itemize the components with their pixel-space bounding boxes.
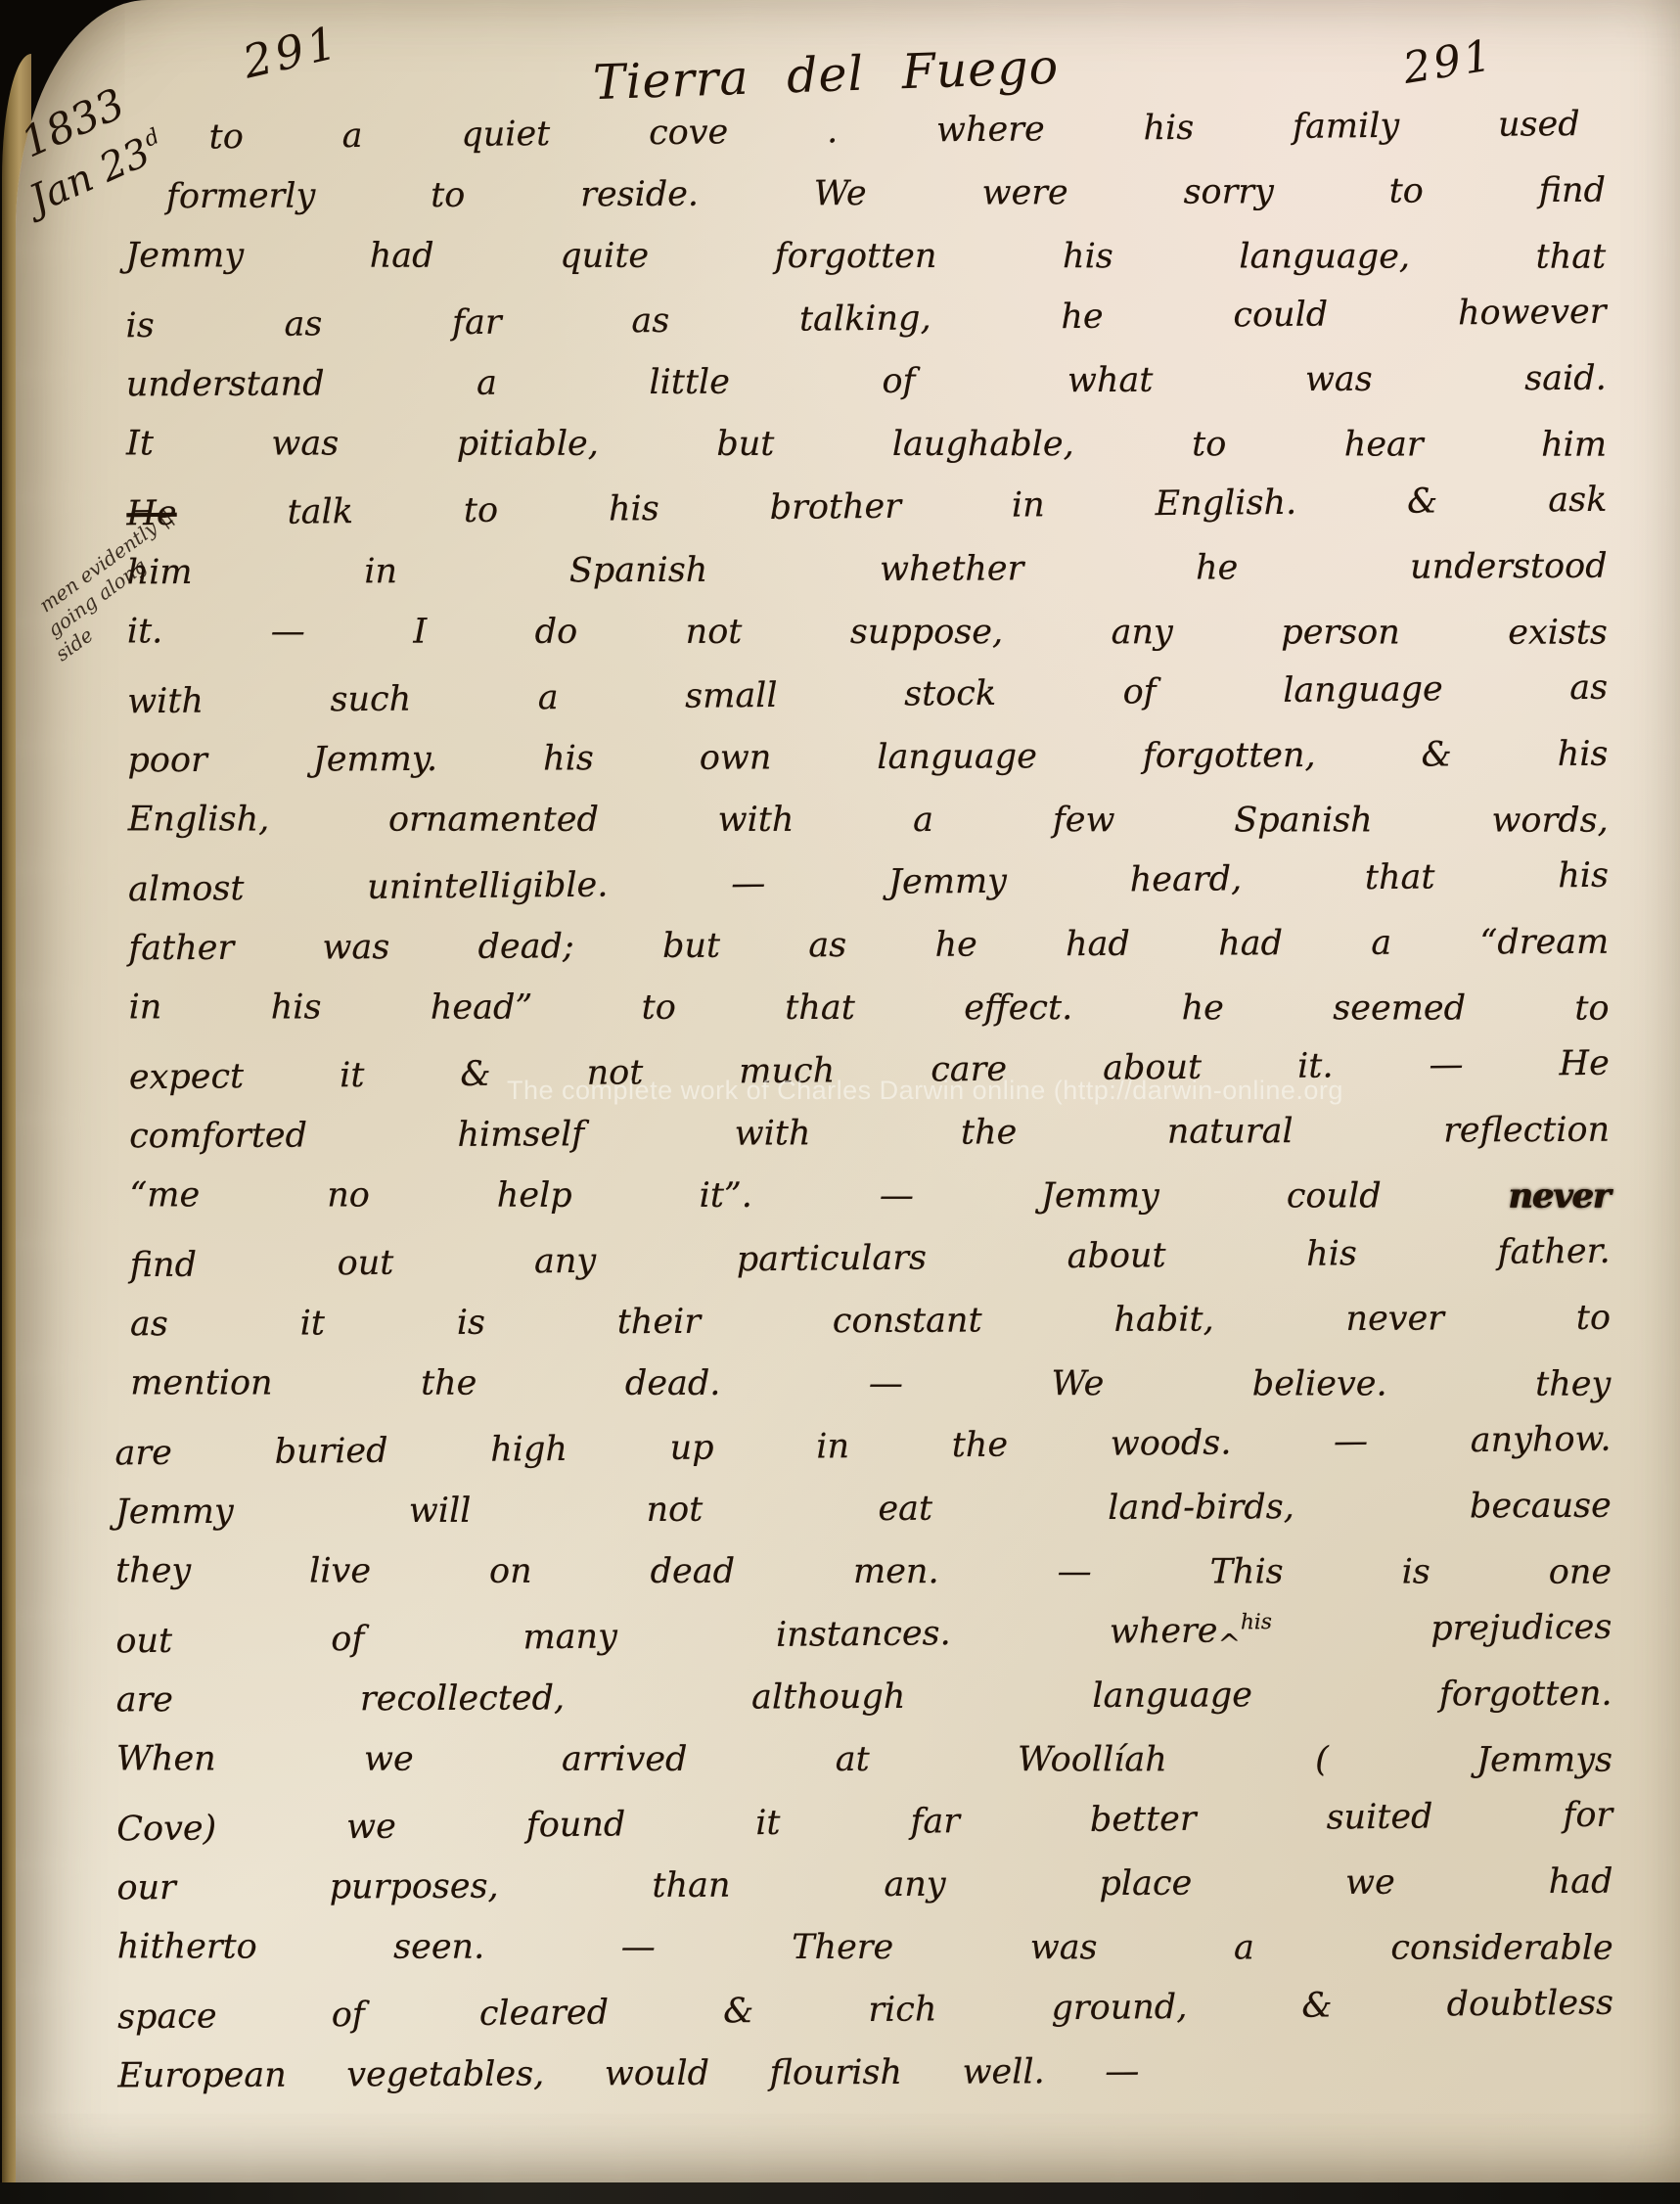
manuscript-line: Cove) we found it far better suited for [116, 1784, 1613, 1861]
manuscript-line: find out any particulars about his fathe… [129, 1220, 1611, 1298]
manuscript-page: 291 Tierra del Fuego 291 1833 Jan 23d me… [16, 0, 1680, 2182]
struck-word: He [126, 494, 177, 533]
manuscript-line: father was dead; but as he had had a “dr… [128, 911, 1609, 981]
caret-mark: ^ [1217, 1628, 1241, 1660]
manuscript-line: is as far as talking, he could however [125, 281, 1607, 358]
manuscript-line: they live on dead men. — This is one [115, 1539, 1612, 1603]
photo-bottom-edge [0, 2182, 1680, 2204]
manuscript-line: English, ornamented with a few Spanish w… [128, 788, 1609, 851]
manuscript-line: are recollected, although language forgo… [116, 1663, 1612, 1732]
manuscript-line: to a quiet cove . where his family used [124, 93, 1606, 170]
manuscript-line: him in Spanish whether he understood [126, 535, 1607, 605]
manuscript-line-text: prejudices [1430, 1608, 1612, 1649]
manuscript-line-text: out of many instances. where [115, 1612, 1217, 1662]
manuscript-line: hitherto seen. — There was a considerabl… [117, 1915, 1613, 1979]
manuscript-line-with-insertion: out of many instances. where^his prejudi… [115, 1596, 1612, 1674]
page-number-right: 291 [1400, 30, 1498, 94]
manuscript-line: almost unintelligible. — Jemmy heard, th… [128, 845, 1610, 922]
inserted-word: his [1241, 1610, 1272, 1634]
manuscript-line: mention the dead. — We believe. they [130, 1352, 1611, 1415]
manuscript-line-with-strikeout: He talk to his brother in English. & ask [126, 469, 1608, 546]
manuscript-line: are buried high up in the woods. — anyho… [114, 1408, 1612, 1486]
page-number-left: 291 [238, 15, 344, 88]
manuscript-line: with such a small stock of language as [127, 657, 1609, 734]
manuscript-line: Jemmy had quite forgotten his language, … [125, 224, 1606, 288]
manuscript-line: in his head” to that effect. he seemed t… [129, 976, 1610, 1039]
manuscript-line: space of cleared & rich ground, & doubtl… [117, 1972, 1614, 2049]
manuscript-line: When we arrived at Woollíah ( Jemmys [116, 1727, 1612, 1791]
manuscript-line-text: talk to his brother in English. & ask [287, 481, 1607, 532]
manuscript-line: as it is their constant habit, never to [130, 1287, 1611, 1356]
overwritten-word: never [1509, 1176, 1611, 1217]
manuscript-line: comforted himself with the natural refle… [129, 1099, 1610, 1169]
manuscript-line: It was pitiable, but laughable, to hear … [126, 412, 1607, 476]
manuscript-line: formerly to reside. We were sorry to fin… [125, 160, 1606, 229]
manuscript-line: European vegetables, would flourish well… [117, 2041, 1139, 2108]
diary-photo: 291 Tierra del Fuego 291 1833 Jan 23d me… [0, 0, 1680, 2204]
manuscript-line: Jemmy will not eat land-birds, because [115, 1475, 1612, 1544]
manuscript-line-with-blot: “me no help it”. — Jemmy could never [129, 1164, 1610, 1227]
manuscript-line: our purposes, than any place we had [116, 1851, 1612, 1920]
manuscript-line-text: “me no help it”. — Jemmy could [129, 1175, 1381, 1216]
website-watermark: The complete work of Charles Darwin onli… [507, 1076, 1612, 1106]
manuscript-line: understand a little of what was said. [126, 347, 1607, 417]
manuscript-line: it. — I do not suppose, any person exist… [127, 600, 1608, 664]
manuscript-line: poor Jemmy. his own language forgotten, … [127, 723, 1608, 793]
